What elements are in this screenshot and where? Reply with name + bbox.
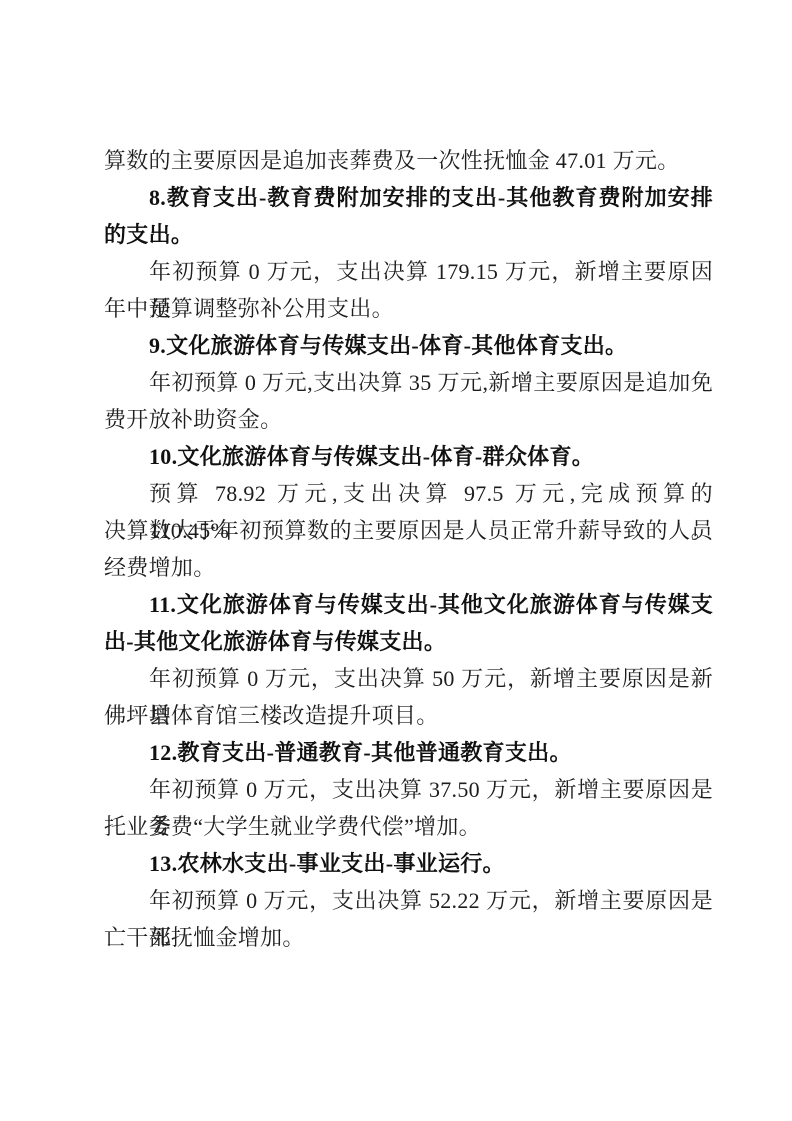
document-heading-line: 12.教育支出-普通教育-其他普通教育支出。 [104, 734, 713, 771]
document-heading-line: 13.农林水支出-事业支出-事业运行。 [104, 845, 713, 882]
document-heading-line: 10.文化旅游体育与传媒支出-体育-群众体育。 [104, 438, 713, 475]
document-body-line: 算数的主要原因是追加丧葬费及一次性抚恤金 47.01 万元。 [104, 142, 713, 179]
document-page: 算数的主要原因是追加丧葬费及一次性抚恤金 47.01 万元。8.教育支出-教育费… [0, 0, 792, 1121]
document-body-line: 佛坪县体育馆三楼改造提升项目。 [104, 697, 713, 734]
document-body-line: 费开放补助资金。 [104, 401, 713, 438]
document-body-line: 预算 78.92 万元,支出决算 97.5 万元,完成预算的 110.45%。 [104, 475, 713, 512]
document-body-line: 年初预算 0 万元，支出决算 50 万元，新增主要原因是新增 [104, 660, 713, 697]
document-heading-line: 的支出。 [104, 216, 713, 253]
document-body-line: 托业务费“大学生就业学费代偿”增加。 [104, 808, 713, 845]
document-heading-line: 9.文化旅游体育与传媒支出-体育-其他体育支出。 [104, 327, 713, 364]
document-heading-line: 8.教育支出-教育费附加安排的支出-其他教育费附加安排 [104, 179, 713, 216]
document-body-line: 经费增加。 [104, 549, 713, 586]
document-body-line: 决算数大于年初预算数的主要原因是人员正常升薪导致的人员 [104, 512, 713, 549]
document-heading-line: 出-其他文化旅游体育与传媒支出。 [104, 623, 713, 660]
document-body-line: 年初预算 0 万元,支出决算 35 万元,新增主要原因是追加免 [104, 364, 713, 401]
document-body-line: 年初预算 0 万元，支出决算 52.22 万元，新增主要原因是死 [104, 882, 713, 919]
document-body-line: 年初预算 0 万元，支出决算 37.50 万元，新增主要原因是委 [104, 771, 713, 808]
document-body-line: 年中预算调整弥补公用支出。 [104, 290, 713, 327]
document-body-line: 年初预算 0 万元，支出决算 179.15 万元，新增主要原因是 [104, 253, 713, 290]
document-text-block: 算数的主要原因是追加丧葬费及一次性抚恤金 47.01 万元。8.教育支出-教育费… [104, 142, 713, 956]
document-heading-line: 11.文化旅游体育与传媒支出-其他文化旅游体育与传媒支 [104, 586, 713, 623]
document-body-line: 亡干部抚恤金增加。 [104, 919, 713, 956]
